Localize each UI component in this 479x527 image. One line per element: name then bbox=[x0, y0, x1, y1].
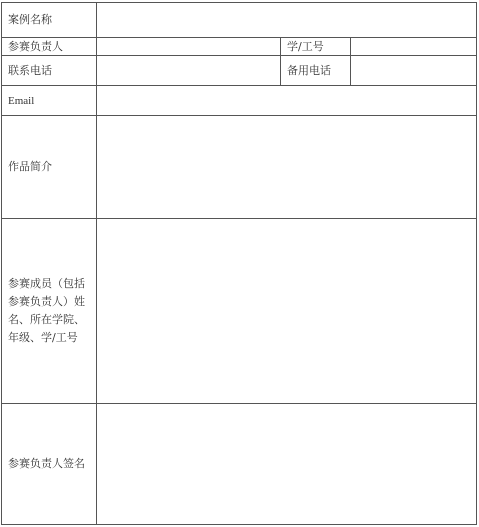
phone-label: 联系电话 bbox=[2, 56, 96, 85]
case-name-field[interactable] bbox=[97, 3, 476, 37]
leader-field[interactable] bbox=[97, 38, 280, 55]
signature-field[interactable] bbox=[97, 404, 476, 524]
intro-field[interactable] bbox=[97, 116, 476, 218]
backup-phone-label: 备用电话 bbox=[281, 56, 350, 85]
members-label: 参赛成员（包括参赛负责人）姓名、所在学院、年级、学/工号 bbox=[2, 219, 96, 403]
registration-form: 案例名称 参赛负责人 学/工号 联系电话 备用电话 Email 作品简介 参赛成… bbox=[1, 2, 477, 525]
leader-label: 参赛负责人 bbox=[2, 38, 96, 55]
email-field[interactable] bbox=[97, 86, 476, 115]
case-name-label: 案例名称 bbox=[2, 3, 96, 37]
members-field[interactable] bbox=[97, 219, 476, 403]
backup-phone-field[interactable] bbox=[351, 56, 476, 85]
phone-field[interactable] bbox=[97, 56, 280, 85]
intro-label: 作品简介 bbox=[2, 116, 96, 218]
signature-label: 参赛负责人签名 bbox=[2, 404, 96, 524]
email-label: Email bbox=[2, 86, 96, 115]
student-id-field[interactable] bbox=[351, 38, 476, 55]
student-id-label: 学/工号 bbox=[281, 38, 350, 55]
